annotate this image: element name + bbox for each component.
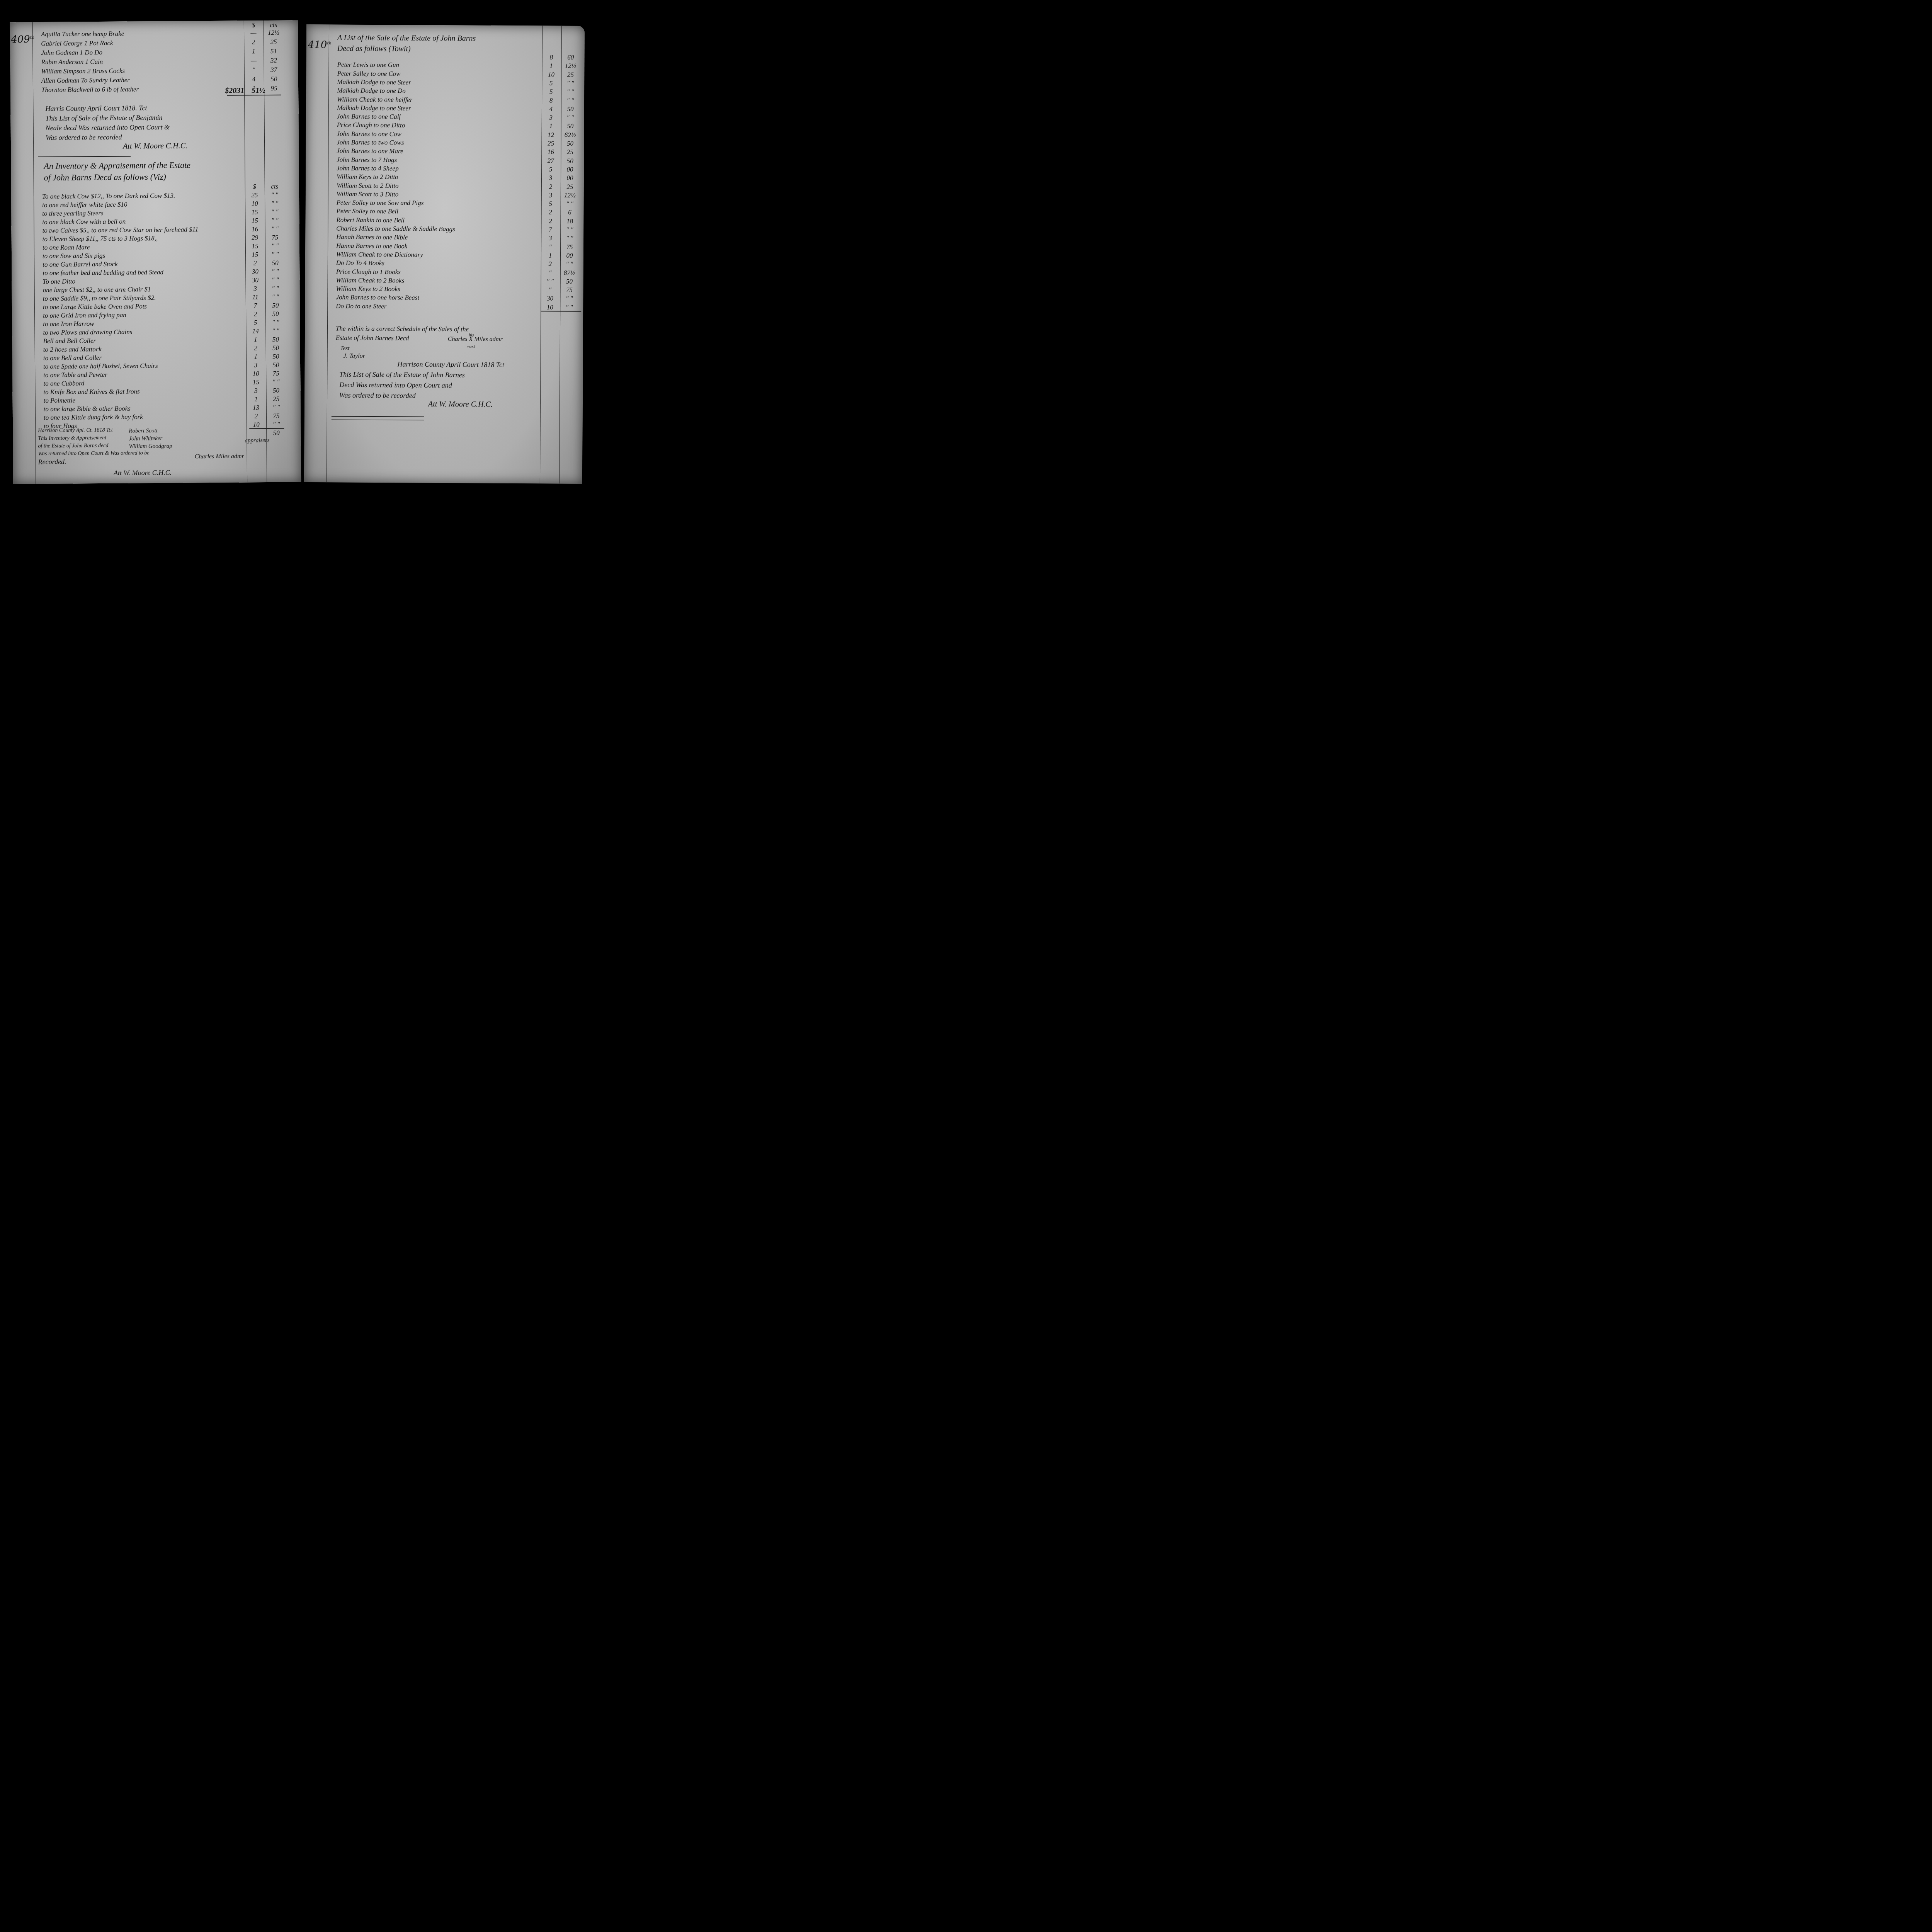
item-description: William Keys to 2 Ditto [337, 173, 398, 181]
amount-cents: 12½ [563, 62, 578, 70]
amount-dollars: 27 [543, 157, 558, 165]
amount-dollars: 1 [543, 122, 559, 130]
amount-dollars: 4 [543, 105, 559, 113]
amount-dollars: 10 [248, 421, 264, 429]
item-description: John Barnes to one Cow [337, 130, 401, 138]
item-description: to one Spade one half Bushel, Seven Chai… [43, 362, 158, 371]
item-description: William Cheak to 2 Books [336, 276, 405, 284]
amount-cents: 51 [266, 48, 281, 55]
amount-cents: ″ ″ [561, 295, 577, 303]
amount-cents: 25 [562, 148, 578, 156]
amount-cents: ″ ″ [562, 226, 577, 234]
item-description: to Knife Box and Knives & flat Irons [43, 388, 139, 396]
amount-cents: ″ ″ [267, 276, 283, 284]
amount-cents: 25 [266, 38, 281, 46]
item-description: to one Cubbord [43, 379, 84, 388]
amount-cents: 50 [563, 105, 578, 113]
item-description: Hanna Barnes to one Book [336, 242, 407, 250]
sale-list: 860Peter Lewis to one Gun112½Peter Salle… [306, 24, 585, 26]
amount-dollars: 16 [247, 225, 263, 233]
item-description: Peter Lewis to one Gun [337, 61, 400, 69]
amount-cents: 75 [561, 286, 577, 294]
amount-dollars: 10 [247, 200, 262, 207]
amount-cents: ″ ″ [563, 114, 578, 122]
amount-dollars: 7 [543, 226, 558, 233]
amount-dollars: 1 [248, 395, 264, 403]
amount-cents: 00 [562, 165, 578, 173]
administrator-signature: Charles Miles admr [195, 451, 244, 461]
item-description: to two Plows and drawing Chains [43, 328, 132, 337]
item-description: William Simpson 2 Brass Cocks [41, 67, 125, 76]
court-note: Harrison County April Court 1818 Tct Thi… [339, 359, 504, 401]
ledger-row: John Godman 1 Do Do151 [10, 47, 298, 58]
amount-cents: 75 [268, 370, 284, 378]
amount-dollars: 5 [543, 79, 559, 87]
item-description: to one large Bible & other Books [44, 405, 131, 413]
amount-cents: ″ ″ [269, 421, 284, 429]
amount-dollars: 3 [248, 361, 264, 369]
amount-cents: ″ ″ [267, 251, 283, 259]
amount-cents: ″ ″ [267, 200, 282, 207]
amount-dollars: 30 [247, 268, 263, 276]
amount-cents: ″ ″ [563, 88, 578, 96]
inventory-heading: An Inventory & Appraisement of the Estat… [44, 159, 190, 184]
item-description: to one red heiffer white face $10 [42, 201, 127, 209]
amount-cents: 00 [562, 252, 577, 259]
amount-cents: ″ ″ [268, 319, 283, 327]
amount-dollars: 5 [543, 165, 558, 173]
amount-dollars: ″ [246, 66, 262, 74]
item-description: Bell and Bell Coller [43, 337, 96, 345]
court-note-1: Harris County April Court 1818. Tct This… [45, 103, 170, 143]
amount-dollars: ″ [542, 286, 558, 294]
item-description: Thornton Blackwell to 6 lb of leather [41, 85, 139, 94]
item-description: John Barnes to two Cows [337, 139, 404, 147]
amount-dollars: — [246, 57, 261, 65]
item-description: Malkiah Dodge to one Steer [337, 104, 411, 112]
amount-cents: 75 [267, 234, 283, 241]
item-description: John Barnes to 4 Sheep [337, 164, 399, 172]
ledger-row: Allen Godman To Sundry Leather450 [10, 75, 298, 85]
amount-dollars: 10 [542, 303, 558, 311]
item-description: Price Clough to one Ditto [337, 121, 405, 129]
amount-dollars: 5 [248, 319, 263, 327]
amount-cents: 50 [563, 122, 578, 130]
amount-dollars: 30 [542, 295, 558, 303]
item-description: Peter Salley to one Cow [337, 70, 400, 78]
amount-cents: 25 [269, 395, 284, 403]
item-description: to one Bell and Coller [43, 354, 102, 362]
item-description: to 2 hoes and Mattock [43, 345, 102, 354]
amount-dollars: — [246, 29, 261, 37]
amount-dollars: 7 [248, 302, 263, 310]
amount-cents: 50 [268, 310, 283, 318]
item-description: to two Calves $5,, to one red Cow Star o… [43, 226, 199, 235]
item-description: to one Roan Mare [43, 243, 90, 252]
item-description: Charles Miles to one Saddle & Saddle Bag… [336, 225, 455, 233]
item-description: to three yearling Steers [42, 209, 104, 218]
amount-dollars: 15 [247, 242, 263, 250]
amount-dollars: ″ [543, 243, 558, 251]
item-description: John Barnes to one horse Beast [336, 294, 419, 302]
amount-dollars: 2 [543, 217, 558, 225]
amount-dollars: 8 [544, 53, 559, 61]
item-description: Malkiah Dodge to one Do [337, 87, 406, 95]
amount-cents: 50 [268, 344, 284, 352]
item-description: to one tea Kittle dung fork & hay fork [44, 413, 143, 422]
amount-cents: 50 [268, 336, 284, 344]
amount-cents: 50 [267, 259, 283, 267]
amount-cents: 00 [562, 174, 578, 182]
amount-dollars: 29 [247, 234, 263, 241]
item-description: to one Gun Barrel and Stock [43, 260, 118, 269]
closing-rule-2 [332, 419, 424, 420]
item-description: Price Clough to 1 Books [336, 268, 401, 276]
item-description: Do Do to one Steer [336, 302, 386, 310]
item-description: William Scott to 3 Ditto [337, 190, 399, 198]
item-description: to one Large Kittle bake Oven and Pots [43, 303, 147, 311]
amount-cents: 50 [266, 75, 282, 83]
amount-dollars: 15 [247, 251, 263, 259]
amount-dollars: 1 [543, 252, 558, 259]
amount-cents: ″ ″ [562, 260, 577, 268]
amount-dollars: ″ [543, 269, 558, 277]
amount-dollars: 2 [543, 209, 558, 216]
amount-cents: 62½ [563, 131, 578, 139]
amount-dollars: 2 [543, 260, 558, 268]
item-description: to one feather bed and bedding and bed S… [43, 269, 163, 277]
amount-dollars: 3 [543, 191, 558, 199]
ledger-row: Rubin Anderson 1 Cain—32 [10, 56, 298, 67]
amount-dollars: 12 [543, 131, 559, 139]
amount-cents: 12½ [266, 29, 281, 37]
amount-cents: 75 [562, 243, 577, 251]
item-description: Allen Godman To Sundry Leather [41, 76, 130, 85]
amount-cents: 6 [562, 209, 578, 216]
amount-cents: 25 [563, 71, 578, 78]
amount-dollars: 5 [543, 88, 559, 96]
section-divider [38, 156, 131, 157]
amount-dollars: 2 [247, 259, 263, 267]
amount-dollars: 8 [543, 97, 559, 104]
amount-cents: 25 [562, 183, 578, 190]
amount-cents: 18 [562, 217, 577, 225]
item-description: to one Table and Pewter [43, 371, 107, 379]
amount-cents: 75 [269, 412, 284, 420]
item-description: Hanah Barnes to one Bible [336, 233, 408, 241]
item-description: to Eleven Sheep $11,, 75 cts to 3 Hogs $… [43, 235, 158, 243]
amount-dollars: 25 [543, 139, 558, 147]
item-description: John Barnes to one Mare [337, 147, 403, 155]
item-description: Rubin Anderson 1 Cain [41, 58, 103, 66]
amount-cents: ″ ″ [267, 268, 283, 276]
item-description: Peter Solley to one Bell [337, 207, 399, 216]
amount-cents: ″ ″ [268, 327, 283, 335]
item-description: Do Do To 4 Books [336, 259, 384, 267]
amount-dollars: 16 [543, 148, 558, 156]
ledger-row: Gabriel George 1 Pot Rack225 [10, 38, 298, 48]
amount-dollars: 1 [246, 48, 261, 55]
amount-cents: 50 [268, 361, 284, 369]
item-description: John Godman 1 Do Do [41, 49, 102, 57]
amount-dollars: 13 [248, 404, 264, 412]
amount-cents: 50 [562, 140, 578, 148]
amount-cents: 50 [562, 277, 577, 285]
amount-cents: ″ ″ [562, 200, 578, 208]
amount-dollars: 1 [544, 62, 559, 70]
amount-dollars: 3 [543, 174, 558, 182]
sale-total: $2031 51½ [225, 86, 265, 95]
right-ledger-page: 410th A List of the Sale of the Estate o… [304, 24, 585, 484]
amount-dollars: 15 [247, 208, 262, 216]
amount-dollars: 4 [246, 75, 262, 83]
ledger-row: William Simpson 2 Brass Cocks″37 [10, 66, 298, 76]
item-description: To one Ditto [43, 277, 75, 286]
item-description: one large Chest $2,, to one arm Chair $1 [43, 286, 151, 294]
amount-cents: 50 [268, 387, 284, 395]
amount-dollars: 15 [247, 217, 262, 224]
item-description: Robert Rankin to one Bell [336, 216, 405, 224]
amount-dollars: 10 [248, 370, 264, 378]
amount-cents: ″ ″ [269, 404, 284, 412]
amount-dollars: 10 [543, 71, 559, 78]
amount-dollars: 3 [248, 387, 264, 395]
item-description: to one Grid Iron and frying pan [43, 311, 126, 320]
item-description: Malkiah Dodge to one Steer [337, 78, 411, 86]
item-description: William Cheak to one Dictionary [336, 250, 423, 259]
amount-dollars: 3 [543, 235, 558, 242]
left-ledger-page: 409th $ cts Aquilla Tucker one hemp Brak… [10, 20, 301, 484]
amount-dollars: 2 [248, 344, 264, 352]
amount-cents: ″ ″ [268, 378, 284, 386]
item-description: William Cheak to one heiffer [337, 95, 413, 104]
page-number: 410th [308, 39, 332, 51]
amount-cents: ″ ″ [562, 235, 577, 242]
item-description: John Barnes to 7 Hogs [337, 156, 397, 164]
amount-cents: ″ ″ [267, 191, 282, 199]
amount-cents: ″ ″ [267, 208, 282, 216]
amount-dollars: 3 [543, 114, 559, 121]
amount-cents: ″ ″ [267, 225, 283, 233]
item-description: Gabriel George 1 Pot Rack [41, 39, 113, 48]
amount-cents: ″ ″ [268, 285, 283, 293]
amount-cents: 32 [266, 57, 281, 65]
amount-dollars: 5 [543, 200, 558, 207]
item-description: Aquilla Tucker one hemp Brake [41, 30, 124, 39]
amount-dollars: 3 [248, 285, 263, 293]
ledger-row: Aquilla Tucker one hemp Brake—12½ [10, 29, 298, 39]
sale-heading: A List of the Sale of the Estate of John… [337, 32, 476, 55]
closing-rule [332, 416, 424, 417]
amount-cents: ″ ″ [561, 303, 577, 311]
amount-cents: 12½ [562, 191, 578, 199]
amount-dollars: 1 [248, 336, 264, 344]
amount-dollars: ″ ″ [543, 277, 558, 285]
administrator-mark: Charles his X mark Miles admr [448, 334, 503, 344]
item-description: John Barnes to one Calf [337, 113, 401, 121]
clerk-signature-1: Att W. Moore C.H.C. [123, 141, 187, 151]
item-description: William Keys to 2 Books [336, 285, 400, 293]
item-description: to Polmettle [44, 396, 76, 405]
item-description: Peter Solley to one Sow and Pigs [337, 199, 424, 207]
amount-cents: ″ ″ [267, 217, 282, 224]
item-description: to one black Cow with a bell on [42, 218, 126, 226]
amount-dollars: 2 [248, 412, 264, 420]
clerk-signature-2: Att W. Moore C.H.C. [114, 469, 172, 477]
amount-cents: ″ ″ [268, 293, 283, 301]
amount-dollars: 14 [248, 327, 263, 335]
amount-dollars: 1 [248, 353, 264, 361]
amount-dollars: 15 [248, 378, 264, 386]
amount-dollars: 25 [247, 191, 262, 199]
amount-cents: 50 [268, 302, 283, 310]
amount-dollars: 30 [247, 276, 263, 284]
item-description: William Scott to 2 Ditto [337, 182, 399, 190]
amount-cents: ″ ″ [267, 242, 283, 250]
amount-cents: 95 [266, 85, 282, 92]
item-description: To one black Cow $12,, To one Dark red C… [42, 192, 175, 201]
item-description: to one Sow and Six pigs [43, 252, 105, 260]
amount-dollars: 2 [248, 310, 263, 318]
clerk-signature: Att W. Moore C.H.C. [428, 400, 493, 409]
amount-cents: ″ ″ [563, 79, 578, 87]
amount-dollars: 2 [543, 183, 558, 190]
amount-cents: 50 [562, 157, 578, 165]
item-description: to one Iron Harrow [43, 320, 94, 328]
appraisers-label: appraisers [245, 436, 269, 446]
court-note-2: Harrison County Apl. Ct. 1818 Tct This I… [38, 426, 150, 466]
amount-cents: 60 [563, 54, 578, 61]
amount-cents: 50 [268, 353, 284, 361]
amount-cents: 37 [266, 66, 282, 74]
amount-dollars: 2 [246, 38, 261, 46]
amount-dollars: 11 [248, 293, 263, 301]
item-description: to one Saddle $9,, to one Pair Stilyards… [43, 294, 156, 303]
amount-cents: 87½ [562, 269, 577, 277]
amount-cents: ″ ″ [563, 97, 578, 104]
